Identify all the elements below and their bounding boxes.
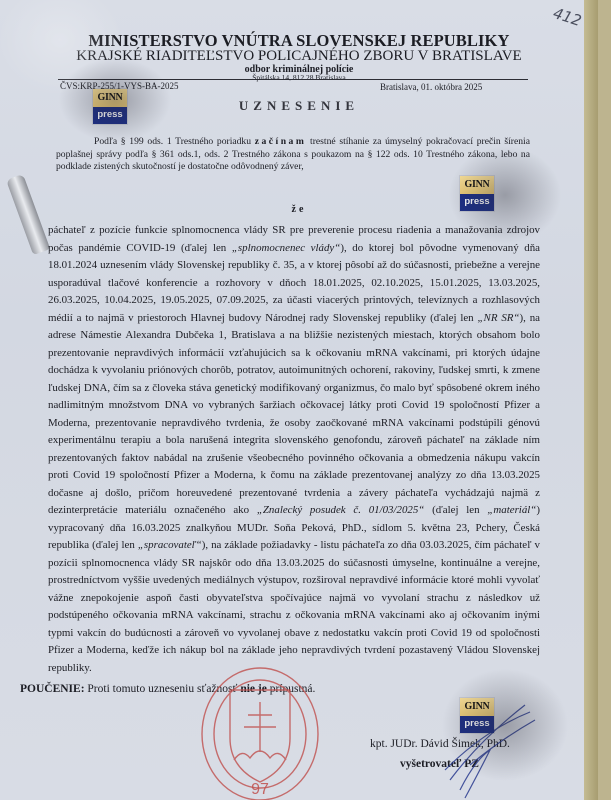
body-quote: „materiál“ bbox=[487, 504, 536, 516]
handwritten-note: 412 bbox=[551, 4, 584, 30]
body-quote: „splnomocnenec vlády“ bbox=[232, 242, 340, 254]
official-stamp: 97 bbox=[190, 660, 330, 800]
instruction-label: POUČENIE: bbox=[20, 683, 85, 695]
watermark-bottom-text: press bbox=[93, 107, 127, 124]
document-page: 412 MINISTERSTVO VNÚTRA SLOVENSKEJ REPUB… bbox=[0, 0, 598, 800]
stamp-number: 97 bbox=[251, 781, 269, 798]
intro-paragraph: Podľa § 199 ods. 1 Trestného poriadku za… bbox=[56, 136, 530, 174]
place-date: Bratislava, 01. októbra 2025 bbox=[380, 82, 482, 92]
watermark-bottom-text: press bbox=[460, 716, 494, 733]
body-text: ), na základe požiadavky - listu páchate… bbox=[48, 539, 540, 674]
header-divider bbox=[58, 79, 528, 80]
ginn-press-watermark: GINN press bbox=[93, 89, 127, 124]
watermark-top-text: GINN bbox=[460, 698, 494, 716]
watermark-top-text: GINN bbox=[460, 176, 494, 194]
ginn-press-watermark: GINN press bbox=[460, 176, 494, 211]
document-title: UZNESENIE bbox=[0, 98, 598, 114]
body-quote: „Znalecký posudek č. 01/03/2025“ bbox=[257, 504, 425, 516]
watermark-top-text: GINN bbox=[93, 89, 127, 107]
body-text: ), na adrese Námestie Alexandra Dubčeka … bbox=[48, 312, 540, 517]
body-text: (ďalej len bbox=[424, 504, 487, 516]
ze-heading: že bbox=[0, 204, 598, 215]
watermark-bottom-text: press bbox=[460, 194, 494, 211]
intro-text: Podľa § 199 ods. 1 Trestného poriadku bbox=[94, 136, 255, 147]
header-directorate: KRAJSKÉ RIADITEĽSTVO POLICAJNÉHO ZBORU V… bbox=[0, 48, 598, 65]
main-body-paragraph: páchateľ z pozície funkcie splnomocnenca… bbox=[48, 222, 540, 677]
body-quote: „spracovateľ“ bbox=[138, 539, 202, 551]
background-edge bbox=[584, 0, 598, 800]
ginn-press-watermark: GINN press bbox=[460, 698, 494, 733]
intro-emphasis: začínam bbox=[255, 136, 307, 147]
body-quote: „NR SR“ bbox=[478, 312, 520, 324]
